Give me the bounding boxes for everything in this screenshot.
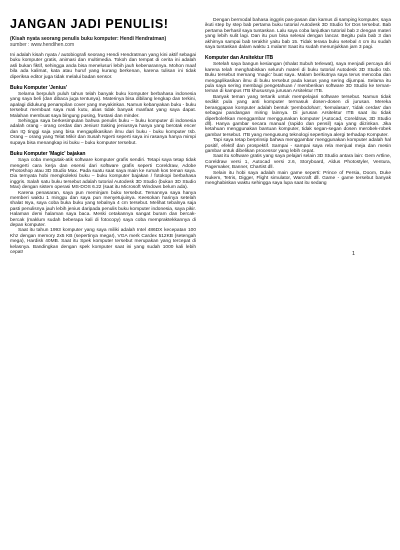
paragraph: Saya coba mengutak-atik software kompute… <box>10 158 196 190</box>
section-heading-komputer-arsitektur-itb: Komputer dan Arsitektur ITB <box>205 55 391 61</box>
paragraph: Setelah saya bangun kesiangan (shalat Su… <box>205 62 391 94</box>
doc-source-url: sumber : www.hendihen.com <box>10 42 196 48</box>
paragraph: Banyak teman yang tertarik untuk mempela… <box>205 95 391 138</box>
page-title: JANGAN JADI PENULIS! <box>10 18 196 31</box>
paragraph: Karena penasaran, saya pun meminjam buku… <box>10 191 196 229</box>
paragraph: Dengan bermodal bahasa inggris pas-pasan… <box>205 18 391 50</box>
paragraph-intro: Ini adalah kisah nyata / autobiografi se… <box>10 53 196 80</box>
paragraph: Selama berpuluh puluh tahun telah banyak… <box>10 92 196 119</box>
document-page: JANGAN JADI PENULIS! (Kisah nyata seoran… <box>0 0 400 550</box>
paragraph: Sehingga saya berkesimpulan bahwa penuli… <box>10 119 196 146</box>
paragraph: Saat itu software gratis yang saya pelaj… <box>205 154 391 170</box>
section-heading-magic-bajakan: Buku Komputer 'Magic' bajakan <box>10 151 196 157</box>
paragraph: Saat itu tahun 1993 komputer yang saya m… <box>10 228 196 255</box>
page-number: 1 <box>352 251 355 257</box>
two-column-text: JANGAN JADI PENULIS! (Kisah nyata seoran… <box>10 18 391 256</box>
section-heading-jenius: Buku Komputer 'Jenius' <box>10 85 196 91</box>
paragraph: Tapi saya tetap berprinsip bahwa menggam… <box>205 138 391 154</box>
paragraph: Selain itu hobi saya adalah main game se… <box>205 171 391 187</box>
